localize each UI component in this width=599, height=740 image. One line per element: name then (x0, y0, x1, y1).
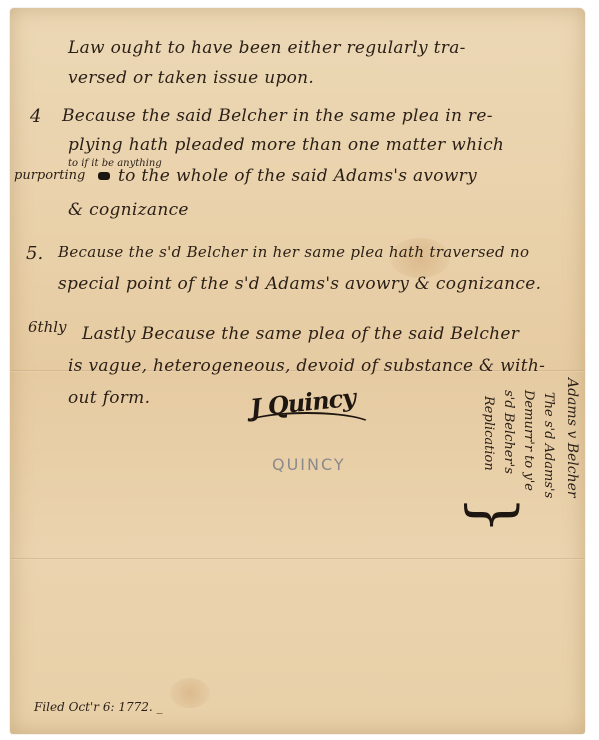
paragraph-number-4: 4 (30, 106, 41, 127)
fold-crease-lower (10, 558, 585, 560)
docket-line-1: The s'd Adams's (541, 392, 556, 498)
paragraph-number-5: 5. (26, 243, 43, 264)
text-line-9: Lastly Because the same plea of the said… (82, 324, 519, 344)
docket-line-4: Replication (481, 396, 496, 471)
signature-flourish (240, 412, 374, 440)
text-line-6: & cognizance (68, 200, 189, 220)
ink-blot-strikeout (98, 172, 110, 180)
filing-note: Filed Oct'r 6: 1772. _ (34, 700, 163, 714)
text-line-4: plying hath pleaded more than one matter… (68, 135, 504, 155)
docket-line-2: Demurr'r to y'e (521, 390, 536, 491)
text-line-10: is vague, heterogeneous, devoid of subst… (68, 356, 545, 376)
paper-stain (170, 678, 210, 708)
paragraph-number-6: 6thly (28, 318, 67, 336)
text-line-1: Law ought to have been either regularly … (68, 38, 466, 58)
pencil-archive-mark: QUINCY (272, 455, 346, 474)
text-line-3: Because the said Belcher in the same ple… (62, 106, 493, 126)
text-line-8: special point of the s'd Adams's avowry … (58, 274, 541, 294)
docket-brace: } (459, 496, 529, 534)
text-line-2: versed or taken issue upon. (68, 68, 314, 88)
docket-case-title: Adams v Belcher (564, 378, 580, 498)
text-line-7: Because the s'd Belcher in her same plea… (58, 243, 529, 261)
docket-line-3: s'd Belcher's (501, 390, 516, 474)
text-line-5: to the whole of the said Adams's avowry (118, 166, 477, 186)
margin-insert: purporting (14, 168, 85, 183)
text-line-11: out form. (68, 388, 150, 408)
